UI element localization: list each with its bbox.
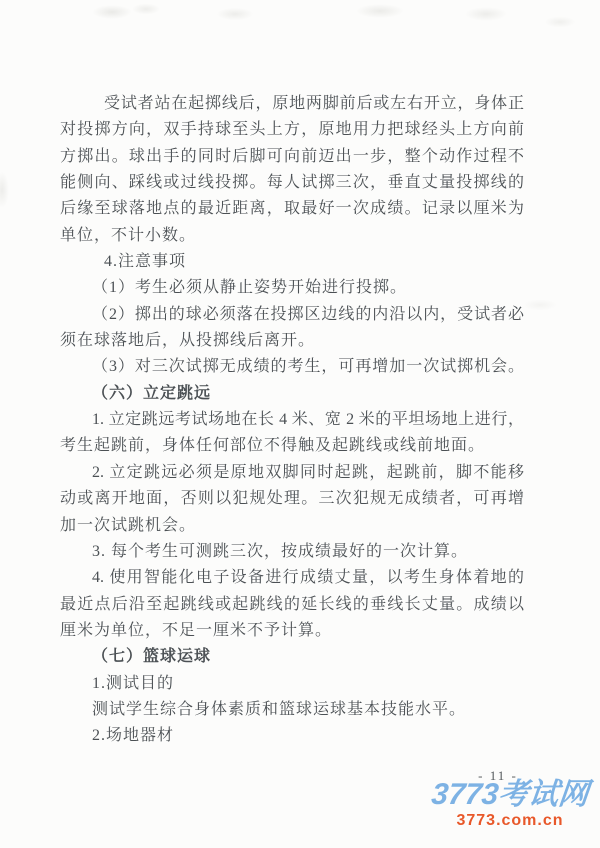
text-line: 4. 使用智能化电子设备进行成绩丈量，以考生身体着地的 bbox=[60, 565, 524, 591]
text-line: 对投掷方向，双手持球至头上方，原地用力把球经头上方向前 bbox=[60, 117, 524, 143]
text-line: （1）考生必须从静止姿势开始进行投掷。 bbox=[60, 275, 524, 301]
document-text: 受试者站在起掷线后，原地两脚前后或左右开立，身体正对投掷方向，双手持球至头上方，… bbox=[60, 91, 524, 750]
text-line: 动或离开地面，否则以犯规处理。三次犯规无成绩者，可再增 bbox=[60, 486, 524, 512]
text-line: 测试学生综合身体素质和篮球运球基本技能水平。 bbox=[60, 697, 524, 723]
text-line: 最近点后沿至起跳线或起跳线的延长线的垂线长丈量。成绩以 bbox=[60, 592, 524, 618]
text-line: 3. 每个考生可测跳三次，按成绩最好的一次计算。 bbox=[60, 539, 524, 565]
text-line: 考生起跳前，身体任何部位不得触及起跳线或线前地面。 bbox=[60, 433, 524, 459]
text-line: 方掷出。球出手的同时后脚可向前迈出一步，整个动作过程不 bbox=[60, 144, 524, 170]
watermark-site-url: 3773.com.cn bbox=[426, 812, 594, 830]
text-line: （3）对三次试掷无成绩的考生，可再增加一次试掷机会。 bbox=[60, 354, 524, 380]
text-line: （七）篮球运球 bbox=[60, 644, 524, 670]
watermark-site-name: 3773考试网 bbox=[424, 779, 595, 811]
watermark: 3773考试网 3773.com.cn bbox=[426, 779, 594, 830]
text-line: 1.测试目的 bbox=[60, 671, 524, 697]
text-line: 能侧向、踩线或过线投掷。每人试掷三次，垂直丈量投掷线的 bbox=[60, 170, 524, 196]
text-line: 后缘至球落地点的最近距离，取最好一次成绩。记录以厘米为 bbox=[60, 196, 524, 222]
text-line: 1. 立定跳远考试场地在长 4 米、宽 2 米的平坦场地上进行， bbox=[60, 407, 524, 433]
text-line: 须在球落地后，从投掷线后离开。 bbox=[60, 328, 524, 354]
scanned-document-page: 受试者站在起掷线后，原地两脚前后或左右开立，身体正对投掷方向，双手持球至头上方，… bbox=[0, 0, 600, 848]
text-line: 单位，不计小数。 bbox=[60, 223, 524, 249]
text-line: 加一次试跳机会。 bbox=[60, 513, 524, 539]
text-line: （2）掷出的球必须落在投掷区边线的内沿以内，受试者必 bbox=[60, 302, 524, 328]
text-line: （六）立定跳远 bbox=[60, 381, 524, 407]
text-line: 厘米为单位，不足一厘米不予计算。 bbox=[60, 618, 524, 644]
text-line: 4.注意事项 bbox=[60, 249, 524, 275]
text-line: 2. 立定跳远必须是原地双脚同时起跳，起跳前，脚不能移 bbox=[60, 460, 524, 486]
text-line: 2.场地器材 bbox=[60, 723, 524, 749]
text-line: 受试者站在起掷线后，原地两脚前后或左右开立，身体正 bbox=[60, 91, 524, 117]
